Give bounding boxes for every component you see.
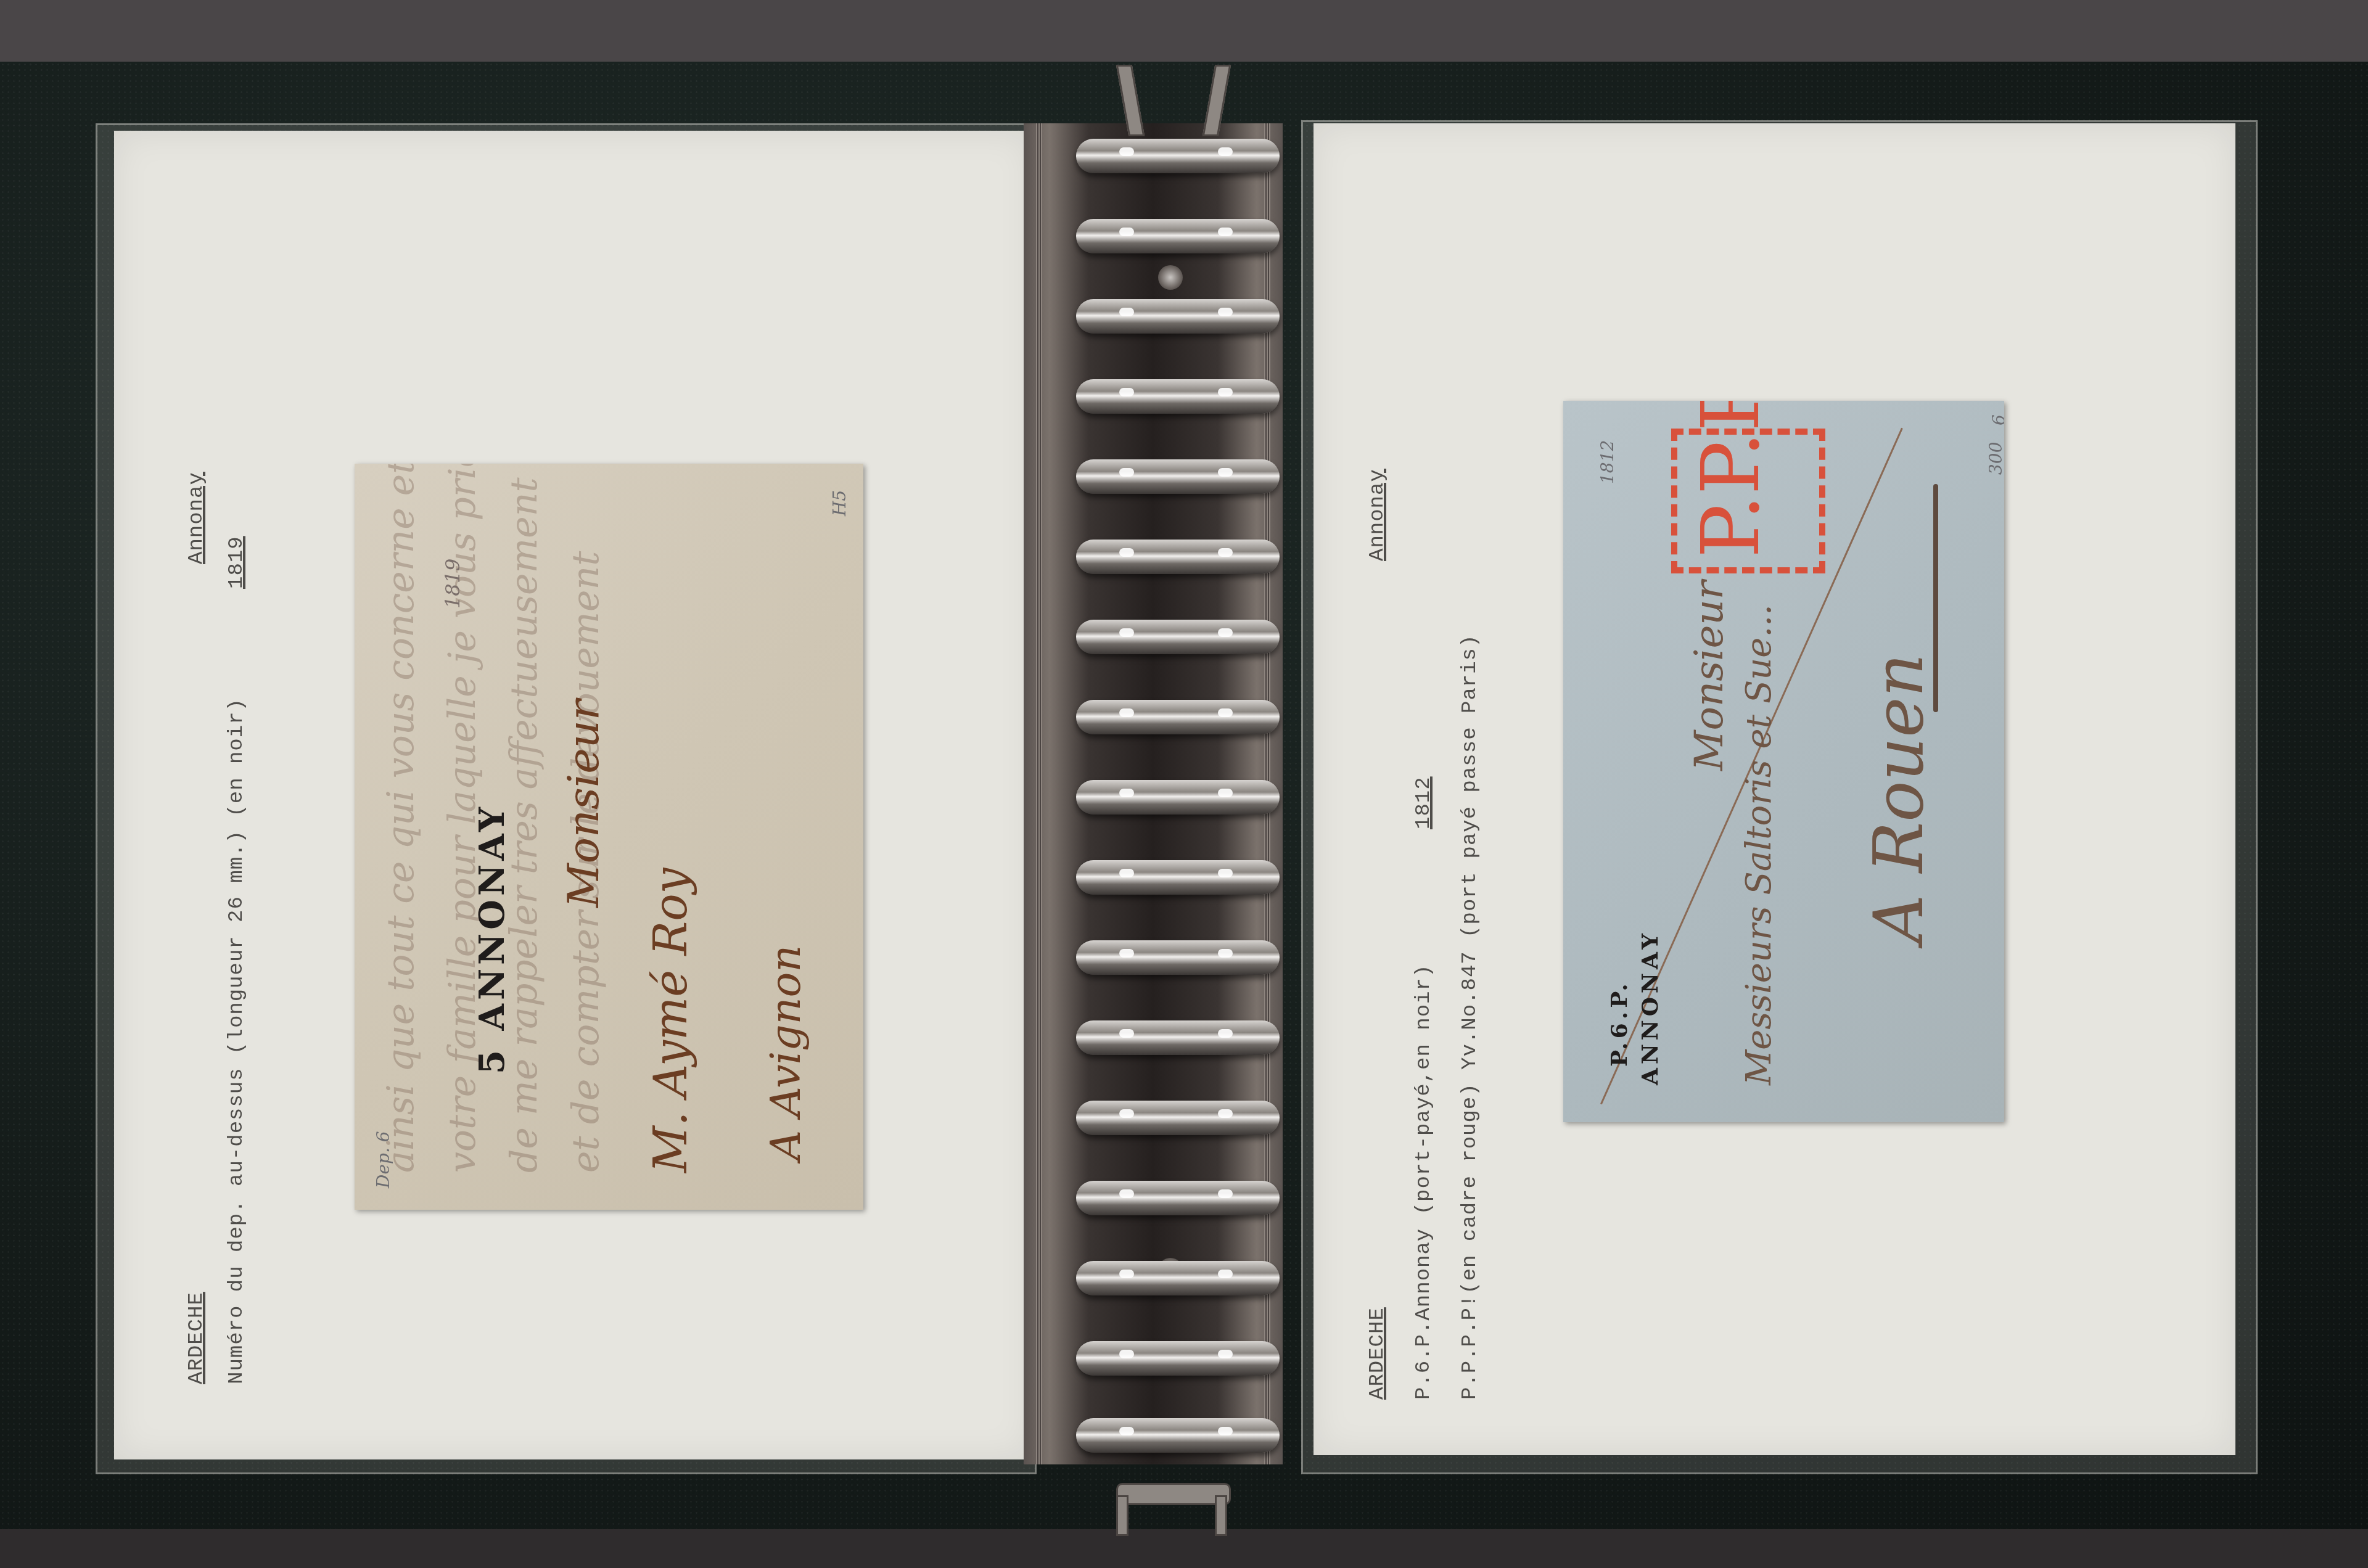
- pencil-circle-marking: 6: [1989, 414, 2004, 425]
- annonay-postmark: ANNONAY: [1637, 930, 1663, 1085]
- address-line-3: A Avignon: [762, 945, 810, 1160]
- left-year-label: 1819: [225, 536, 249, 589]
- binder-ring: [1076, 459, 1280, 494]
- binder-ring: [1076, 1341, 1280, 1376]
- binder-ring: [1076, 620, 1280, 654]
- left-cover-letter: ainsi que tout ce qui vous concerne et v…: [355, 464, 863, 1210]
- pencil-price-marking: 300: [1986, 442, 2004, 475]
- show-through-handwriting: ainsi que tout ce qui vous concerne et: [379, 464, 422, 1173]
- left-description: Numéro du dep. au-dessus (longueur 26 mm…: [225, 698, 249, 1384]
- left-town-label: Annonay: [185, 472, 208, 564]
- p6p-postmark: P.6.P.: [1606, 980, 1632, 1067]
- binder-ring: [1076, 780, 1280, 815]
- address-line-1: Monsieur: [558, 700, 609, 908]
- binder-ring: [1076, 139, 1280, 173]
- binder-ring: [1076, 1261, 1280, 1295]
- address-line-2: M. Aymé Roy: [644, 868, 697, 1173]
- binder-ring: [1076, 1181, 1280, 1215]
- binder-ring: [1076, 1020, 1280, 1055]
- binder-ring: [1076, 299, 1280, 334]
- bottom-binder-clip[interactable]: [1110, 1471, 1233, 1538]
- binder-ring: [1076, 940, 1280, 975]
- left-department-label: ARDECHE: [185, 1292, 208, 1384]
- address-line-3: A Rouen: [1859, 654, 1938, 943]
- right-town-label: Annonay: [1366, 469, 1389, 561]
- underline-stroke: [1933, 484, 1938, 712]
- corner-pencil-marking: Dep. 6: [373, 1131, 393, 1188]
- edge-pencil-marking: H5: [829, 490, 850, 516]
- binder-ring: [1076, 540, 1280, 574]
- docket-year: 1819: [441, 559, 464, 609]
- right-department-label: ARDECHE: [1366, 1307, 1389, 1400]
- binder-ring: [1076, 219, 1280, 253]
- address-line-2: Messieurs Saltoris et Sue...: [1739, 604, 1779, 1085]
- right-description-line-1: P.6.P.Annonay (port-payé,en noir): [1412, 964, 1436, 1400]
- right-cover-letter: P.P.P.P. 1812 P.6.P. ANNONAY Monsieur Me…: [1563, 401, 2004, 1122]
- spine-rivet: [1158, 265, 1183, 290]
- annonay-postmark: 5 ANNONAY: [472, 803, 512, 1074]
- background-surface-top: [0, 0, 2368, 65]
- binder-ring: [1076, 860, 1280, 895]
- address-line-1: Monsieur: [1687, 581, 1732, 771]
- docket-year: 1812: [1597, 440, 1618, 484]
- binder-ring: [1076, 1418, 1280, 1453]
- binder-ring: [1076, 700, 1280, 734]
- binder-ring: [1076, 379, 1280, 414]
- binder-ring: [1076, 1101, 1280, 1135]
- right-year-label: 1812: [1412, 776, 1436, 829]
- top-binder-clip[interactable]: [1110, 65, 1233, 133]
- right-description-line-2: P.P.P.P!(en cadre rouge) Yv.No.847 (port…: [1458, 634, 1482, 1400]
- spine-groove: [1036, 123, 1042, 1464]
- red-ppp-postmark: P.P.P.P.: [1683, 401, 1777, 558]
